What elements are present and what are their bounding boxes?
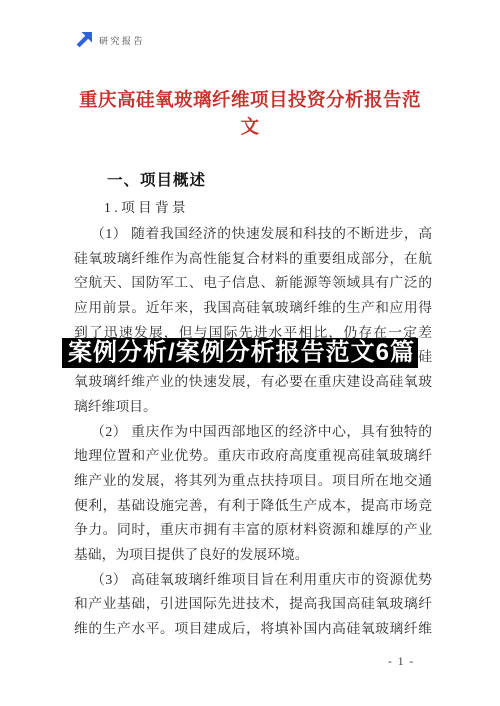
document-page: 研究报告 重庆高硅氧玻璃纤维项目投资分析报告范 文 一、项目概述 1.项目背景 … bbox=[0, 0, 500, 706]
body-line: 维产业的发展，将其列为重点扶持项目。项目所在地交通 bbox=[74, 469, 432, 494]
body-line: 基础，为项目提供了良好的发展环境。 bbox=[74, 543, 432, 568]
body-line: 和产业基础，引进国际先进技术，提高我国高硅氧玻璃纤 bbox=[74, 592, 432, 617]
body-line: 硅氧玻璃纤维作为高性能复合材料的重要组成部分，在航 bbox=[74, 247, 432, 272]
report-title-line1: 重庆高硅氧玻璃纤维项目投资分析报告范 bbox=[62, 86, 438, 113]
arrow-northeast-icon bbox=[76, 32, 92, 48]
body-line: 维的生产水平。项目建成后，将填补国内高硅氧玻璃纤维 bbox=[74, 617, 432, 642]
body-line: 应用前景。近年来，我国高硅氧玻璃纤维的生产和应用得 bbox=[74, 296, 432, 321]
logo: 研究报告 bbox=[76, 32, 145, 48]
page-number: - 1 - bbox=[388, 656, 415, 668]
body-line: 空航天、国防军工、电子信息、新能源等领域具有广泛的 bbox=[74, 271, 432, 296]
section-heading: 一、项目概述 bbox=[107, 168, 206, 190]
body-line: 地理位置和产业优势。重庆市政府高度重视高硅氧玻璃纤 bbox=[74, 444, 432, 469]
body-line: 璃纤维项目。 bbox=[74, 395, 432, 420]
body-line: （3） 高硅氧玻璃纤维项目旨在利用重庆市的资源优势 bbox=[74, 568, 432, 593]
body-text: （1） 随着我国经济的快速发展和科技的不断进步，高 硅氧玻璃纤维作为高性能复合材… bbox=[74, 222, 432, 642]
overlay-banner-text: 案例分析/案例分析报告范文6篇 bbox=[68, 339, 415, 366]
body-line: 便利，基础设施完善，有利于降低生产成本，提高市场竞 bbox=[74, 494, 432, 519]
report-title-line2: 文 bbox=[62, 113, 438, 140]
body-line: （2） 重庆作为中国西部地区的经济中心，具有独特的 bbox=[74, 420, 432, 445]
sub-heading: 1.项目背景 bbox=[104, 196, 189, 216]
body-line: 争力。同时，重庆市拥有丰富的原材料资源和雄厚的产业 bbox=[74, 518, 432, 543]
logo-label: 研究报告 bbox=[99, 34, 145, 47]
report-title: 重庆高硅氧玻璃纤维项目投资分析报告范 文 bbox=[62, 86, 438, 140]
body-line: 氧玻璃纤维产业的快速发展，有必要在重庆建设高硅氧玻 bbox=[74, 370, 432, 395]
overlay-banner: 案例分析/案例分析报告范文6篇 bbox=[62, 338, 418, 368]
body-line: （1） 随着我国经济的快速发展和科技的不断进步，高 bbox=[74, 222, 432, 247]
